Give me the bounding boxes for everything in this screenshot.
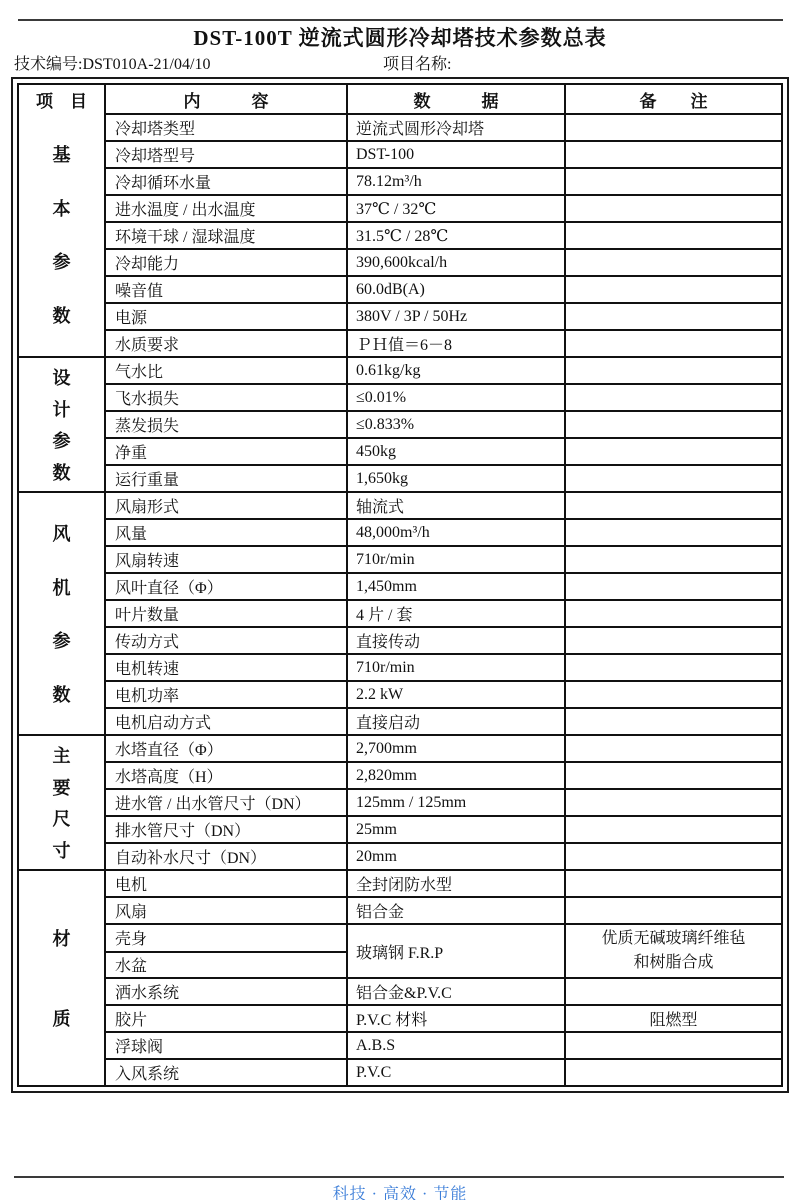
page-title: DST-100T 逆流式圆形冷却塔技术参数总表 [0, 22, 800, 52]
section-label-char: 参 [53, 248, 71, 274]
section-label-char: 主 [53, 742, 71, 768]
data-cell: 直接启动 [346, 709, 564, 734]
table-section-3: 风机参数风扇形式轴流式风量48,000m³/h风扇转速710r/min风叶直径（… [19, 491, 781, 734]
section-rows: 气水比0.61kg/kg飞水损失≤0.01%蒸发损失≤0.833%净重450kg… [104, 356, 781, 491]
table-row: 蒸发损失≤0.833% [106, 410, 781, 437]
remark-cell [564, 817, 781, 842]
section-label: 基本参数 [19, 113, 104, 356]
table-row: 胶片P.V.C 材料阻燃型 [106, 1004, 781, 1031]
section-label: 风机参数 [19, 491, 104, 734]
table-header-row: 项 目 内 容 数 据 备 注 [19, 85, 781, 113]
footer-rule [14, 1176, 784, 1178]
remark-cell [564, 709, 781, 734]
table-row: 气水比0.61kg/kg [106, 356, 781, 383]
content-cell: 风扇形式 [106, 493, 346, 518]
content-cell: 水塔高度（H） [106, 763, 346, 788]
section-label-char: 数 [53, 302, 71, 328]
data-cell: 48,000m³/h [346, 520, 564, 545]
content-cell: 电机 [106, 871, 346, 896]
table-body: 基本参数冷却塔类型逆流式圆形冷却塔冷却塔型号DST-100冷却循环水量78.12… [19, 113, 781, 1085]
data-cell: 4 片 / 套 [346, 601, 564, 626]
remark-cell [564, 277, 781, 302]
section-rows: 冷却塔类型逆流式圆形冷却塔冷却塔型号DST-100冷却循环水量78.12m³/h… [104, 113, 781, 356]
content-cell: 排水管尺寸（DN） [106, 817, 346, 842]
section-label-char: 参 [53, 627, 71, 653]
table-row: 风扇转速710r/min [106, 545, 781, 572]
data-cell: 25mm [346, 817, 564, 842]
data-cell: ＰＨ值＝6－8 [346, 331, 564, 356]
remark-cell [564, 304, 781, 329]
content-cell: 入风系统 [106, 1060, 346, 1085]
data-cell: 2,700mm [346, 736, 564, 761]
section-label-char: 尺 [53, 805, 71, 831]
project-name-label: 项目名称: [383, 51, 451, 74]
remark-cell [564, 682, 781, 707]
data-cell: 1,450mm [346, 574, 564, 599]
remark-cell [564, 439, 781, 464]
table-row: 进水管 / 出水管尺寸（DN）125mm / 125mm [106, 788, 781, 815]
content-cell: 水塔直径（Φ） [106, 736, 346, 761]
table-row: 叶片数量4 片 / 套 [106, 599, 781, 626]
header-item: 项 目 [19, 85, 104, 113]
table-row: 水质要求ＰＨ值＝6－8 [106, 329, 781, 356]
remark-cell [564, 844, 781, 869]
remark-cell [564, 142, 781, 167]
table-row: 冷却能力390,600kcal/h [106, 248, 781, 275]
table-row: 排水管尺寸（DN）25mm [106, 815, 781, 842]
content-cell: 冷却循环水量 [106, 169, 346, 194]
data-cell: 逆流式圆形冷却塔 [346, 115, 564, 140]
section-label-char: 要 [53, 774, 71, 800]
section-label-char: 风 [53, 520, 71, 546]
table-row: 噪音值60.0dB(A) [106, 275, 781, 302]
data-cell: 玻璃钢 F.R.P [346, 925, 564, 977]
table-row: 电机转速710r/min [106, 653, 781, 680]
content-cell: 飞水损失 [106, 385, 346, 410]
remark-cell [564, 763, 781, 788]
data-cell: 125mm / 125mm [346, 790, 564, 815]
table-row: 环境干球 / 湿球温度31.5℃ / 28℃ [106, 221, 781, 248]
section-label-char: 数 [53, 681, 71, 707]
remark-cell [564, 331, 781, 356]
data-cell: 60.0dB(A) [346, 277, 564, 302]
remark-cell [564, 520, 781, 545]
table-row: 冷却塔型号DST-100 [106, 140, 781, 167]
data-cell: 20mm [346, 844, 564, 869]
content-cell: 冷却塔型号 [106, 142, 346, 167]
header-remark: 备 注 [564, 85, 781, 113]
content-cell: 进水管 / 出水管尺寸（DN） [106, 790, 346, 815]
table-outer-frame: 项 目 内 容 数 据 备 注 基本参数冷却塔类型逆流式圆形冷却塔冷却塔型号DS… [11, 77, 789, 1093]
table-row: 浮球阀A.B.S [106, 1031, 781, 1058]
content-cell: 电源 [106, 304, 346, 329]
content-cell: 电机功率 [106, 682, 346, 707]
data-cell: 轴流式 [346, 493, 564, 518]
section-label-char: 材 [53, 925, 71, 951]
remark-cell [564, 223, 781, 248]
remark-cell [564, 790, 781, 815]
table-row: 电机启动方式直接启动 [106, 707, 781, 734]
table-row: 电机功率2.2 kW [106, 680, 781, 707]
table-row: 电机全封闭防水型 [106, 869, 781, 896]
content-cell: 冷却塔类型 [106, 115, 346, 140]
table-section-2: 设计参数气水比0.61kg/kg飞水损失≤0.01%蒸发损失≤0.833%净重4… [19, 356, 781, 491]
section-label: 材质 [19, 869, 104, 1085]
info-line: 技术编号:DST010A-21/04/10 项目名称: [0, 51, 800, 73]
content-cell: 洒水系统 [106, 979, 346, 1004]
content-cell: 环境干球 / 湿球温度 [106, 223, 346, 248]
data-cell: ≤0.01% [346, 385, 564, 410]
section-label-char: 数 [53, 459, 71, 485]
content-cell: 噪音值 [106, 277, 346, 302]
data-cell: 1,650kg [346, 466, 564, 491]
content-cell: 叶片数量 [106, 601, 346, 626]
content-cell: 风扇 [106, 898, 346, 923]
remark-cell [564, 871, 781, 896]
data-cell: 450kg [346, 439, 564, 464]
data-cell: P.V.C [346, 1060, 564, 1085]
section-label-char: 质 [53, 1005, 71, 1031]
table-row: 冷却塔类型逆流式圆形冷却塔 [106, 113, 781, 140]
remark-cell [564, 385, 781, 410]
remark-cell [564, 736, 781, 761]
remark-cell [564, 574, 781, 599]
spec-table: 项 目 内 容 数 据 备 注 基本参数冷却塔类型逆流式圆形冷却塔冷却塔型号DS… [17, 83, 783, 1087]
data-cell: 37℃ / 32℃ [346, 196, 564, 221]
remark-cell: 优质无碱玻璃纤维毡和树脂合成 [564, 925, 781, 977]
section-label-char: 机 [53, 574, 71, 600]
remark-cell [564, 655, 781, 680]
remark-cell [564, 979, 781, 1004]
data-cell: 710r/min [346, 547, 564, 572]
merged-content-cells: 壳身水盆 [106, 925, 346, 977]
data-cell: 全封闭防水型 [346, 871, 564, 896]
tech-number: 技术编号:DST010A-21/04/10 [14, 51, 210, 74]
document-page: DST-100T 逆流式圆形冷却塔技术参数总表 技术编号:DST010A-21/… [0, 0, 800, 1200]
data-cell: P.V.C 材料 [346, 1006, 564, 1031]
content-cell: 冷却能力 [106, 250, 346, 275]
section-label-char: 参 [53, 427, 71, 453]
remark-cell [564, 358, 781, 383]
content-cell: 风量 [106, 520, 346, 545]
section-label-char: 设 [53, 364, 71, 390]
table-row: 冷却循环水量78.12m³/h [106, 167, 781, 194]
remark-cell [564, 466, 781, 491]
table-row: 入风系统P.V.C [106, 1058, 781, 1085]
data-cell: 2,820mm [346, 763, 564, 788]
content-cell: 风叶直径（Φ） [106, 574, 346, 599]
content-cell: 运行重量 [106, 466, 346, 491]
table-row: 风叶直径（Φ）1,450mm [106, 572, 781, 599]
footer-slogan: 科技 · 高效 · 节能 [0, 1181, 800, 1200]
table-row: 运行重量1,650kg [106, 464, 781, 491]
section-rows: 电机全封闭防水型风扇铝合金壳身水盆玻璃钢 F.R.P优质无碱玻璃纤维毡和树脂合成… [104, 869, 781, 1085]
remark-cell [564, 1060, 781, 1085]
table-row: 飞水损失≤0.01% [106, 383, 781, 410]
remark-cell [564, 493, 781, 518]
section-label-char: 寸 [53, 837, 71, 863]
table-row: 净重450kg [106, 437, 781, 464]
table-row: 传动方式直接传动 [106, 626, 781, 653]
data-cell: 0.61kg/kg [346, 358, 564, 383]
content-cell: 电机转速 [106, 655, 346, 680]
table-row: 自动补水尺寸（DN）20mm [106, 842, 781, 869]
remark-cell: 阻燃型 [564, 1006, 781, 1031]
content-cell: 传动方式 [106, 628, 346, 653]
data-cell: A.B.S [346, 1033, 564, 1058]
table-row: 风扇铝合金 [106, 896, 781, 923]
table-section-4: 主要尺寸水塔直径（Φ）2,700mm水塔高度（H）2,820mm进水管 / 出水… [19, 734, 781, 869]
data-cell: 390,600kcal/h [346, 250, 564, 275]
table-row: 风扇形式轴流式 [106, 491, 781, 518]
section-label-char: 基 [53, 141, 71, 167]
remark-line: 优质无碱玻璃纤维毡 [601, 927, 745, 951]
table-row-merged: 壳身水盆玻璃钢 F.R.P优质无碱玻璃纤维毡和树脂合成 [106, 923, 781, 977]
content-cell: 电机启动方式 [106, 709, 346, 734]
content-cell: 蒸发损失 [106, 412, 346, 437]
header-content: 内 容 [104, 85, 346, 113]
data-cell: 380V / 3P / 50Hz [346, 304, 564, 329]
content-cell: 自动补水尺寸（DN） [106, 844, 346, 869]
data-cell: 78.12m³/h [346, 169, 564, 194]
section-label-char: 计 [53, 396, 71, 422]
top-rule [18, 19, 783, 21]
data-cell: 710r/min [346, 655, 564, 680]
data-cell: DST-100 [346, 142, 564, 167]
remark-line: 和树脂合成 [633, 951, 713, 975]
remark-cell [564, 547, 781, 572]
remark-cell [564, 1033, 781, 1058]
table-row: 水塔直径（Φ）2,700mm [106, 734, 781, 761]
data-cell: 铝合金&P.V.C [346, 979, 564, 1004]
table-section-1: 基本参数冷却塔类型逆流式圆形冷却塔冷却塔型号DST-100冷却循环水量78.12… [19, 113, 781, 356]
header-data: 数 据 [346, 85, 564, 113]
table-section-5: 材质电机全封闭防水型风扇铝合金壳身水盆玻璃钢 F.R.P优质无碱玻璃纤维毡和树脂… [19, 869, 781, 1085]
table-row: 进水温度 / 出水温度37℃ / 32℃ [106, 194, 781, 221]
data-cell: 2.2 kW [346, 682, 564, 707]
remark-cell [564, 412, 781, 437]
section-label: 主要尺寸 [19, 734, 104, 869]
section-rows: 风扇形式轴流式风量48,000m³/h风扇转速710r/min风叶直径（Φ）1,… [104, 491, 781, 734]
content-cell: 水质要求 [106, 331, 346, 356]
data-cell: 31.5℃ / 28℃ [346, 223, 564, 248]
content-cell: 浮球阀 [106, 1033, 346, 1058]
content-cell: 进水温度 / 出水温度 [106, 196, 346, 221]
table-row: 电源380V / 3P / 50Hz [106, 302, 781, 329]
data-cell: 直接传动 [346, 628, 564, 653]
table-row: 洒水系统铝合金&P.V.C [106, 977, 781, 1004]
data-cell: 铝合金 [346, 898, 564, 923]
remark-cell [564, 196, 781, 221]
remark-cell [564, 628, 781, 653]
table-row: 风量48,000m³/h [106, 518, 781, 545]
remark-cell [564, 601, 781, 626]
remark-cell [564, 898, 781, 923]
content-cell: 风扇转速 [106, 547, 346, 572]
content-cell: 水盆 [106, 951, 346, 977]
content-cell: 胶片 [106, 1006, 346, 1031]
table-row: 水塔高度（H）2,820mm [106, 761, 781, 788]
content-cell: 净重 [106, 439, 346, 464]
data-cell: ≤0.833% [346, 412, 564, 437]
remark-cell [564, 115, 781, 140]
remark-cell [564, 250, 781, 275]
section-rows: 水塔直径（Φ）2,700mm水塔高度（H）2,820mm进水管 / 出水管尺寸（… [104, 734, 781, 869]
content-cell: 气水比 [106, 358, 346, 383]
section-label: 设计参数 [19, 356, 104, 491]
remark-cell [564, 169, 781, 194]
section-label-char: 本 [53, 195, 71, 221]
content-cell: 壳身 [106, 925, 346, 951]
